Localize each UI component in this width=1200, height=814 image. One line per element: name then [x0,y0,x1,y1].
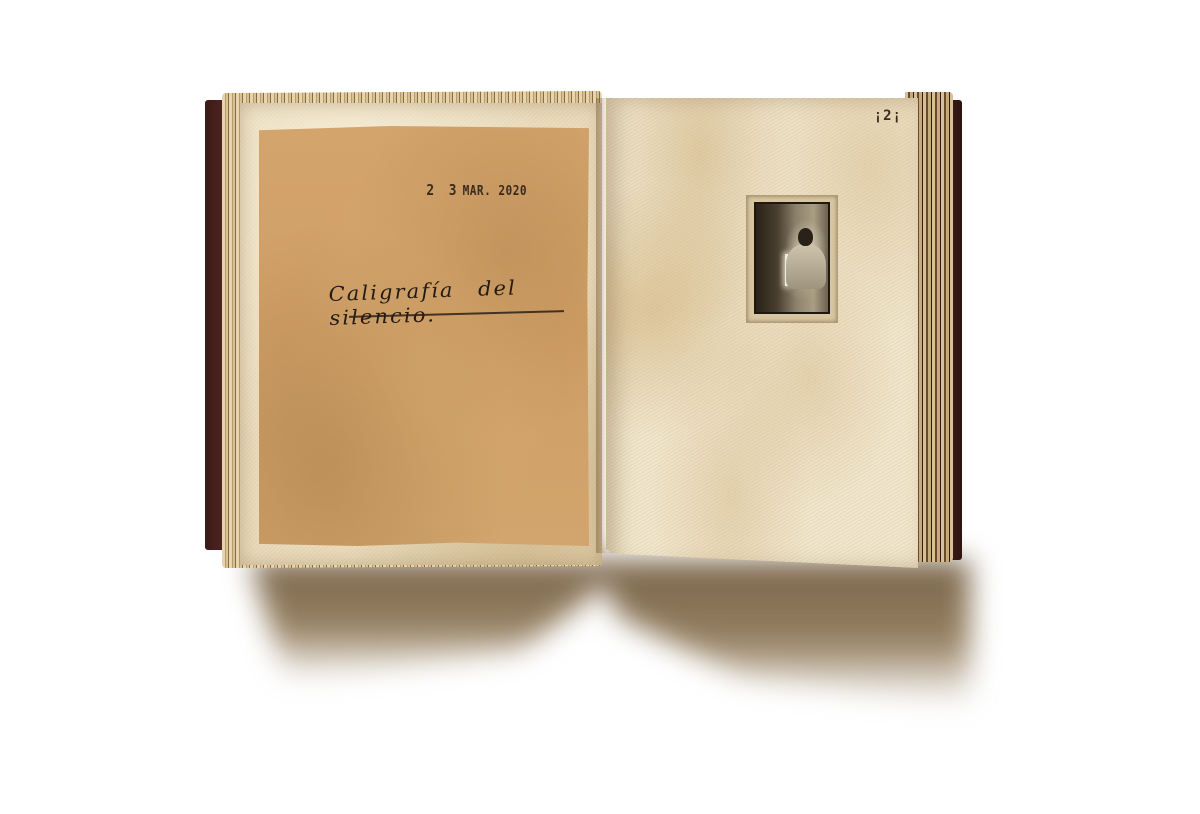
handwritten-title: Caligrafía del silencio. [328,272,603,329]
shadow-right [590,560,970,705]
shadow-left [250,560,610,680]
date-stamp-month-year: MAR. 2020 [463,184,527,199]
left-page: 2 3MAR. 2020 Caligrafía del silencio. [240,103,602,565]
page-number: ¡2¡ [874,108,902,124]
photo-scene: 2 3MAR. 2020 Caligrafía del silencio. ¡2… [0,0,1200,814]
photo-frame [747,196,837,322]
portrait-photo [754,202,830,314]
tea-stained-sheet: 2 3MAR. 2020 Caligrafía del silencio. [259,126,589,546]
book-shadow [250,560,970,710]
date-stamp-day: 2 3 [426,181,460,199]
date-stamp: 2 3MAR. 2020 [426,181,527,199]
right-page: ¡2¡ [606,98,918,568]
seated-figure-head [798,228,813,246]
seated-figure-body [786,244,826,289]
